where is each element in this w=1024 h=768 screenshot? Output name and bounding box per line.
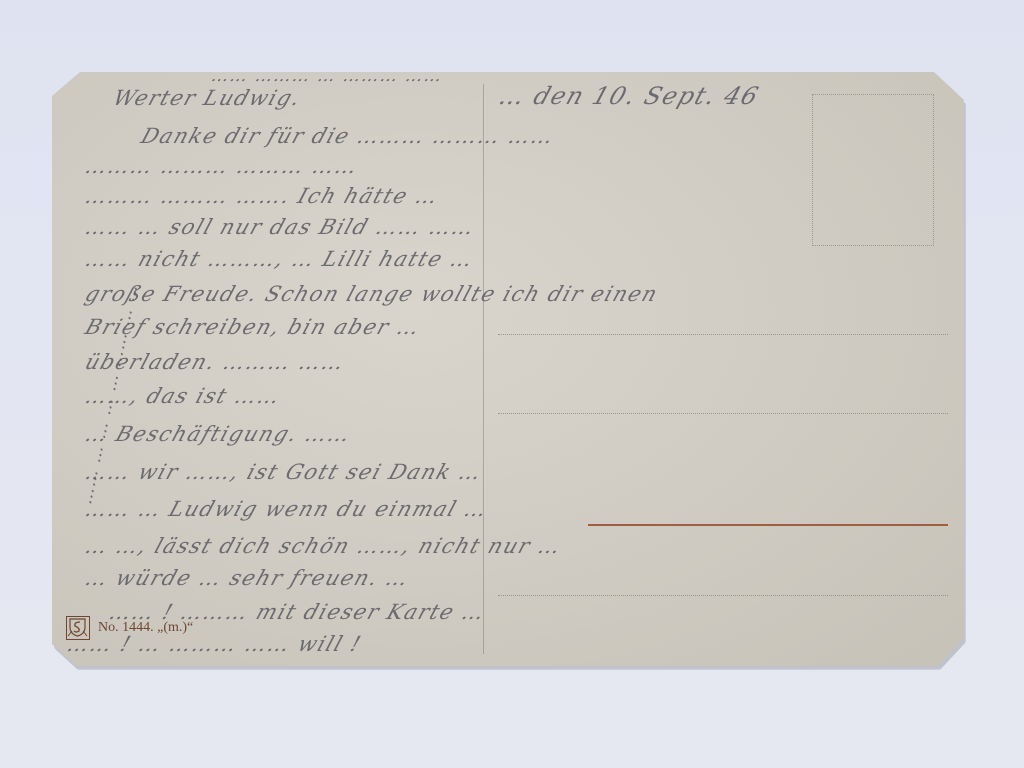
handwriting-line: …… … soll nur das Bild …… …… [82, 215, 479, 239]
postcard: … den 10. Sept. 46 …… ……… … ……… …… Werte… [52, 72, 964, 666]
handwriting-line: … würde … sehr freuen. … [82, 566, 413, 590]
address-line [498, 413, 948, 414]
handwriting-line: …… nicht ………, … Lilli hatte … [82, 247, 477, 271]
date-line: … den 10. Sept. 46 [495, 82, 763, 110]
handwriting-line: große Freude. Schon lange wollte ich dir… [82, 282, 661, 306]
handwriting-line: …… wir ……, ist Gott sei Dank … [82, 460, 486, 484]
publisher-print-mark: No. 1444. „(m.)“ [66, 616, 193, 640]
stamp-box [812, 94, 934, 246]
address-line [498, 595, 948, 596]
handwriting-line: ……… ……… ……. Ich hätte … [82, 184, 442, 208]
publisher-logo-icon [66, 616, 90, 640]
handwriting-line: …… … Ludwig wenn du einmal … [82, 497, 491, 521]
handwriting-line: … Beschäftigung. …… [82, 422, 355, 446]
center-divider [483, 84, 484, 654]
handwriting-line: ……… ……… ……… …… [82, 154, 362, 178]
handwriting-line: …… ……… … ……… …… [209, 66, 447, 86]
print-number: No. 1444. „(m.)“ [98, 620, 193, 636]
handwriting-line: Danke dir für die ……… ……… …… [138, 124, 558, 148]
greeting-line: Werter Ludwig. [110, 86, 304, 110]
handwriting-line: … …, lässt dich schön ……, nicht nur … [82, 534, 565, 558]
address-line [498, 334, 948, 335]
address-line-red [588, 524, 948, 526]
